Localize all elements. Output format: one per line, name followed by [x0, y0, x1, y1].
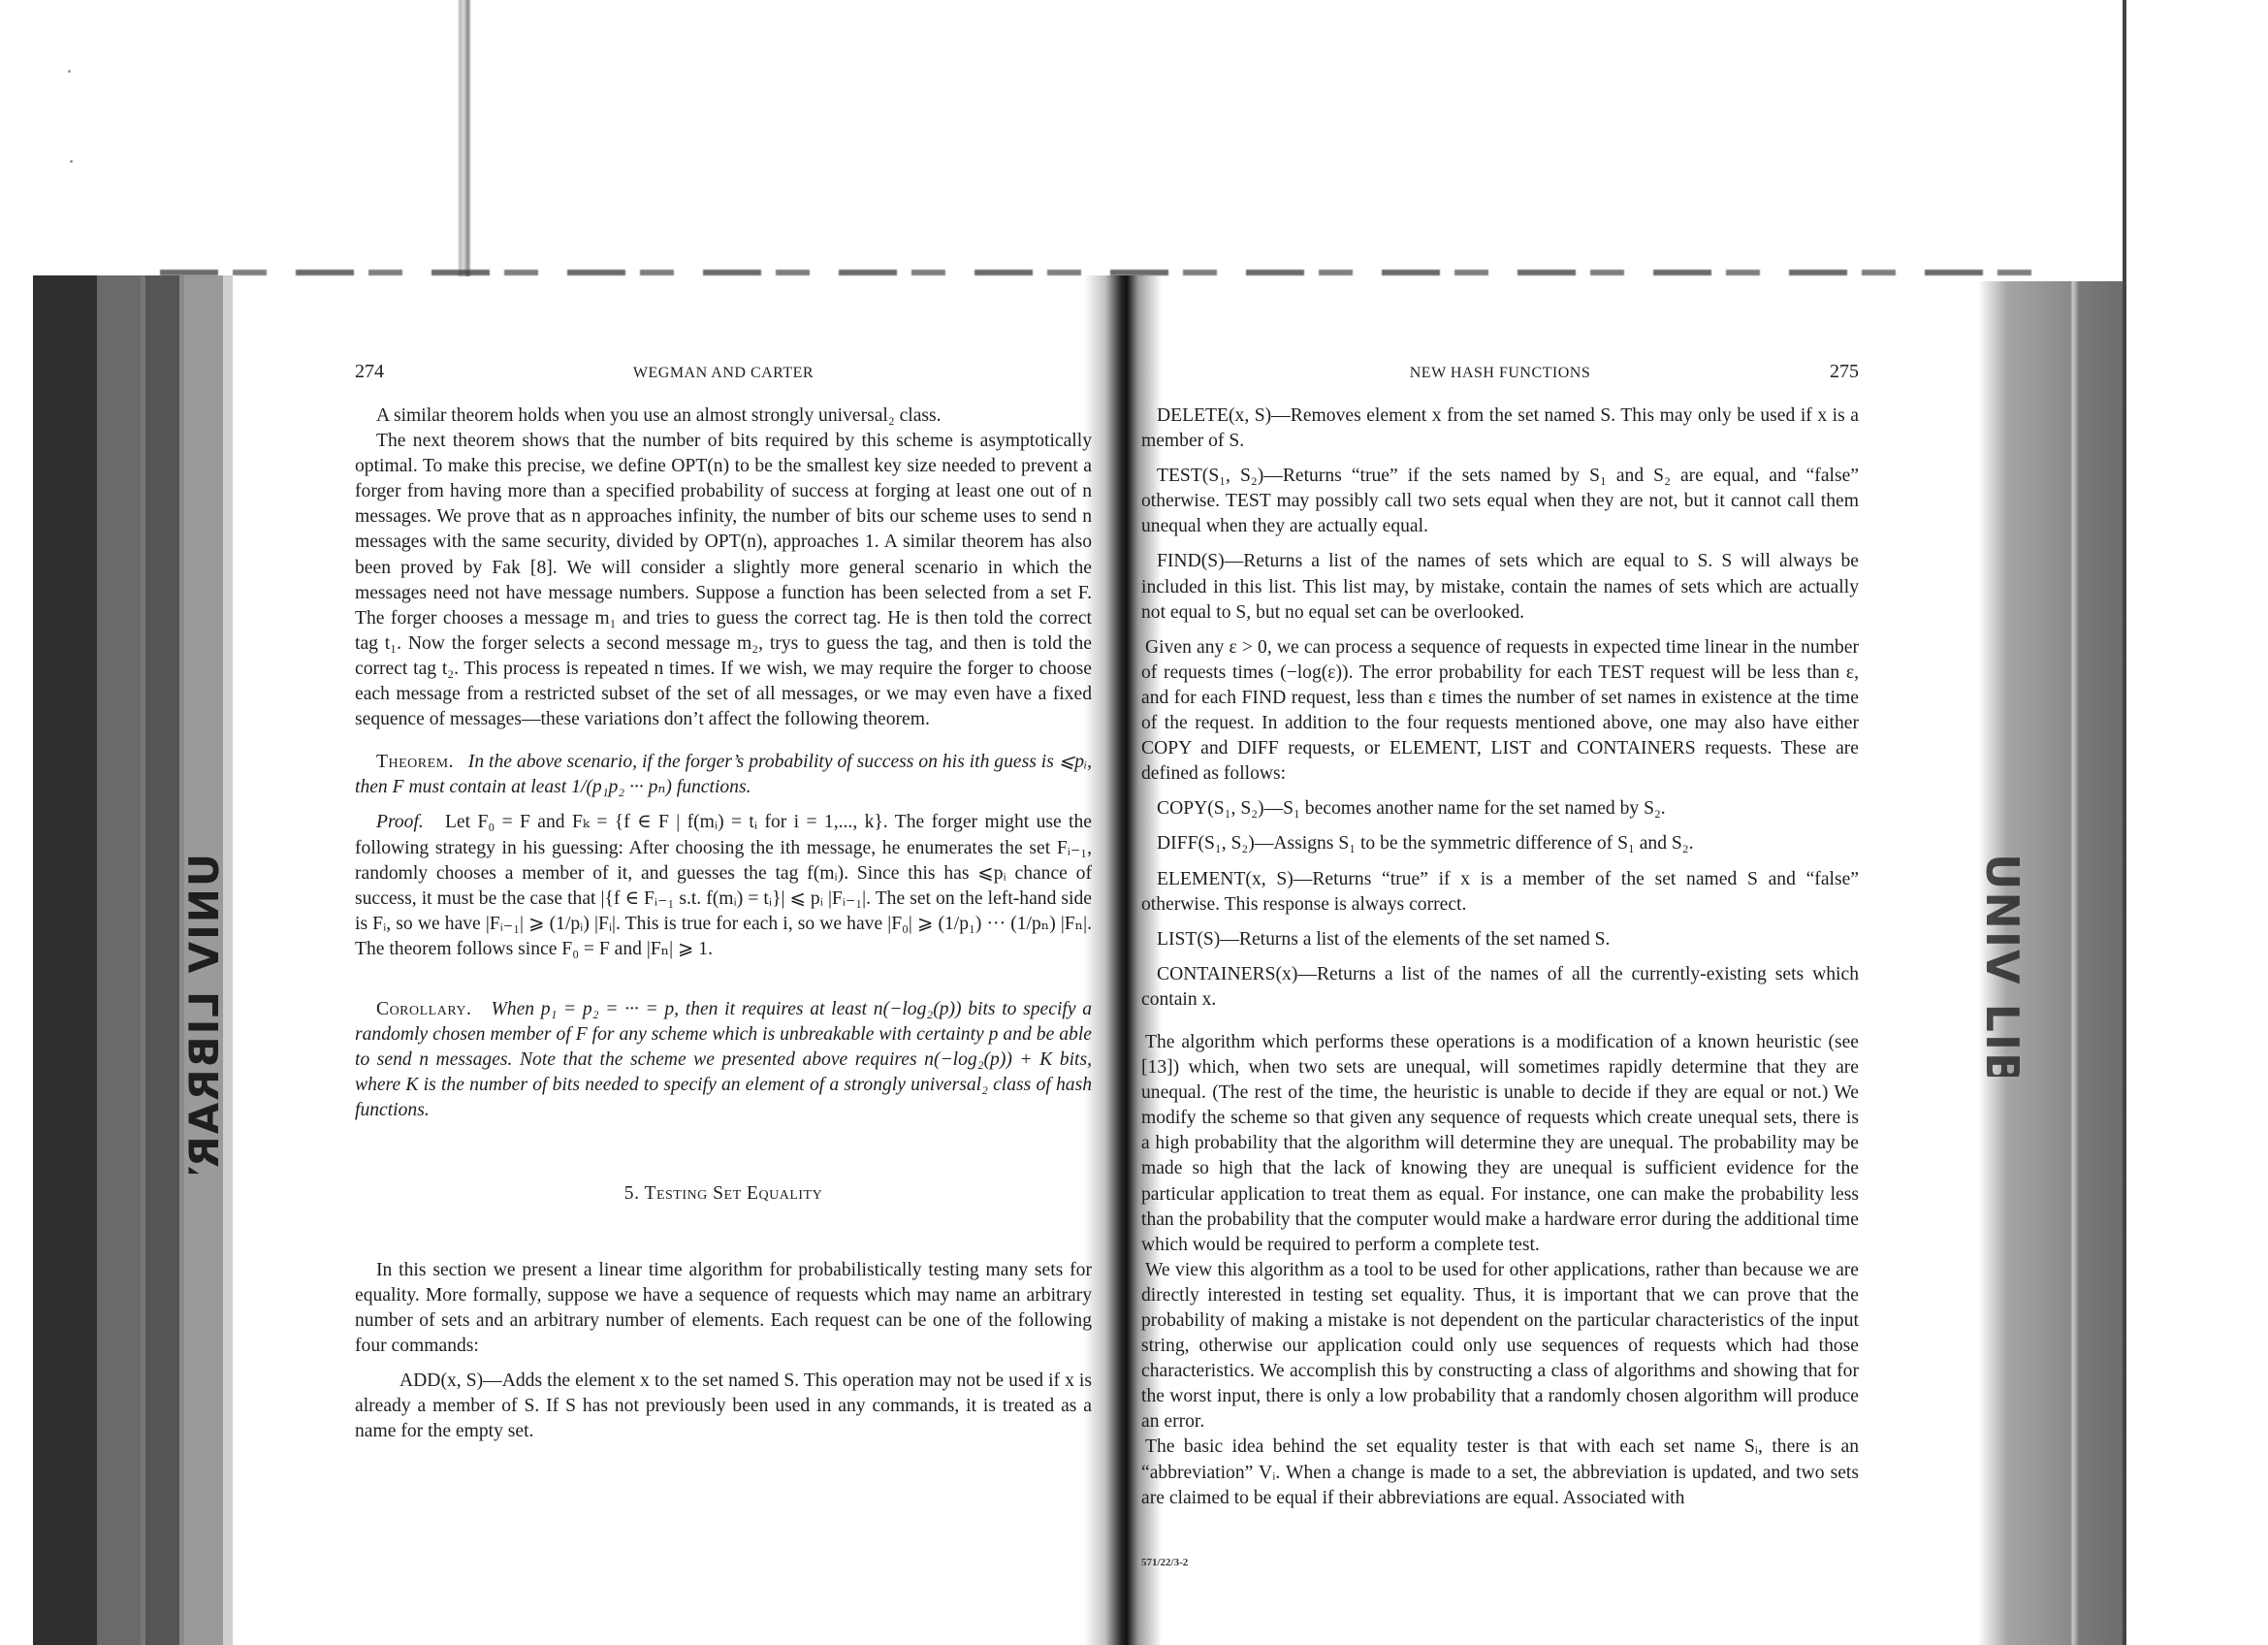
scan-edge-line	[2123, 0, 2126, 1645]
page-number-right: 275	[1830, 359, 1859, 384]
right-running-head: NEW HASH FUNCTIONS 275	[1141, 359, 1859, 398]
dust-speck	[70, 160, 73, 163]
corollary: Corollary. When p₁ = p₂ = ··· = p, then …	[355, 997, 1092, 1123]
paragraph: Given any ε > 0, we can process a sequen…	[1141, 635, 1859, 788]
command-definition: COPY(S₁, S₂)—S₁ becomes another name for…	[1141, 796, 1859, 822]
command-definition: ELEMENT(x, S)—Returns “true” if x is a m…	[1141, 867, 1859, 918]
paragraph: In this section we present a linear time…	[355, 1258, 1092, 1359]
running-head-title-left: WEGMAN AND CARTER	[355, 361, 1092, 386]
paragraph: The next theorem shows that the number o…	[355, 429, 1092, 732]
left-page: 274 WEGMAN AND CARTER A similar theorem …	[355, 359, 1092, 1444]
command-definition: DIFF(S₁, S₂)—Assigns S₁ to be the symmet…	[1141, 831, 1859, 856]
printer-code: 571/22/3-2	[1141, 1550, 1859, 1575]
corollary-label: Corollary.	[376, 999, 471, 1019]
proof: Proof. Let F₀ = F and Fₖ = {f ∈ F | f(mᵢ…	[355, 810, 1092, 962]
paragraph: We view this algorithm as a tool to be u…	[1141, 1258, 1859, 1435]
command-definition: ADD(x, S)—Adds the element x to the set …	[355, 1369, 1092, 1444]
section-heading: 5. Testing Set Equality	[355, 1181, 1092, 1207]
paragraph: The basic idea behind the set equality t…	[1141, 1435, 1859, 1510]
theorem-text: In the above scenario, if the forger’s p…	[355, 752, 1092, 797]
paragraph: The algorithm which performs these opera…	[1141, 1030, 1859, 1258]
left-running-head: 274 WEGMAN AND CARTER	[355, 359, 1092, 398]
right-library-stamp: UNIV LIB	[1978, 854, 2028, 1077]
right-page: NEW HASH FUNCTIONS 275 DELETE(x, S)—Remo…	[1141, 359, 1859, 1575]
command-definition: TEST(S₁, S₂)—Returns “true” if the sets …	[1141, 464, 1859, 539]
command-definition: FIND(S)—Returns a list of the names of s…	[1141, 549, 1859, 625]
running-head-title-right: NEW HASH FUNCTIONS	[1141, 361, 1859, 386]
command-definition: LIST(S)—Returns a list of the elements o…	[1141, 927, 1859, 952]
left-library-stamp: UNIV LIBRARY	[180, 854, 221, 1174]
command-definition: DELETE(x, S)—Removes element x from the …	[1141, 403, 1859, 454]
theorem-label: Theorem.	[376, 752, 454, 772]
dust-speck	[68, 70, 71, 73]
proof-label: Proof.	[376, 812, 424, 832]
paragraph: A similar theorem holds when you use an …	[355, 403, 1092, 429]
proof-text: Let F₀ = F and Fₖ = {f ∈ F | f(mᵢ) = tᵢ …	[355, 812, 1092, 958]
command-definition: CONTAINERS(x)—Returns a list of the name…	[1141, 962, 1859, 1013]
scanner-artifact-line	[458, 0, 471, 276]
theorem: Theorem. In the above scenario, if the f…	[355, 750, 1092, 800]
